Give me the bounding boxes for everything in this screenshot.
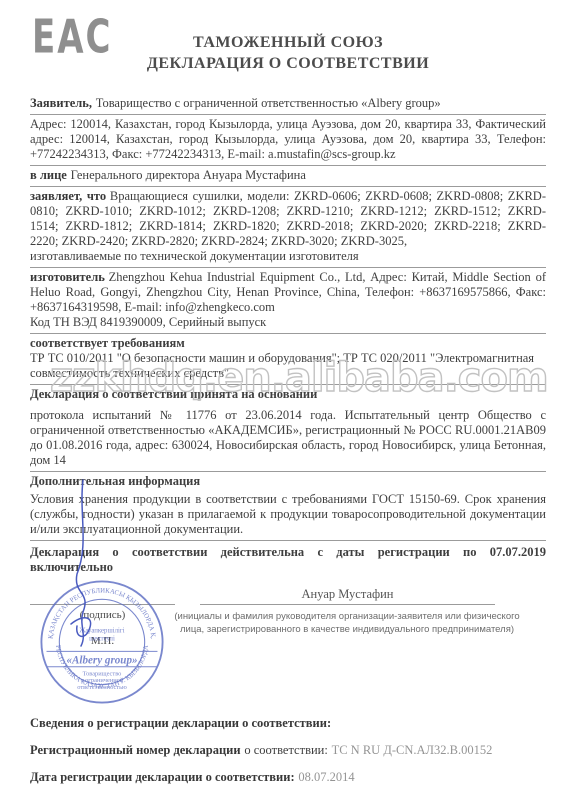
manufacturer-section: изготовительZhengzhou Kehua Industrial E… [30, 268, 546, 334]
conformity-label: соответствует требованиям [30, 336, 546, 351]
applicant-section: Заявитель,Товарищество с ограниченной от… [30, 94, 546, 115]
document-header: EAC ТАМОЖЕННЫЙ СОЮЗ ДЕКЛАРАЦИЯ О СООТВЕТ… [30, 20, 546, 94]
signatory-name: Ануар Мустафин [200, 587, 495, 602]
representative-label: в лице [30, 168, 67, 182]
registration-heading: Сведения о регистрации декларации о соот… [30, 716, 331, 730]
basis-text: протокола испытаний № 11776 от 23.06.201… [30, 408, 546, 468]
manufacturer-label: изготовитель [30, 270, 105, 284]
signature-line-right [200, 604, 495, 605]
applicant-label: Заявитель, [30, 96, 92, 110]
signature-ink-icon [65, 474, 135, 714]
applicant-address: Адрес: 120014, Казахстан, город Кызылорд… [30, 117, 546, 162]
representative-name: Генерального директора Ануара Мустафина [71, 168, 306, 182]
signatory-caption: (инициалы и фамилия руководителя организ… [172, 610, 522, 636]
registration-number-value: ТС N RU Д-CN.АЛ32.В.00152 [332, 743, 493, 757]
manufacturer-details: Zhengzhou Kehua Industrial Equipment Co.… [30, 270, 546, 314]
eac-logo-icon: EAC [32, 28, 113, 48]
product-section: заявляет, чтоВращающиеся сушилки, модели… [30, 187, 546, 268]
registration-number-label-rest: о соответствии: [244, 743, 327, 757]
signature-area: ҚАЗАҚСТАН РЕСПУБЛИКАСЫ ҚЫЗЫЛОРДА Қ. РЕСП… [30, 586, 546, 704]
registration-date-value: 08.07.2014 [298, 770, 354, 784]
applicant-name: Товарищество с ограниченной ответственно… [96, 96, 441, 110]
declaration-document: zzkhdq.en.alibaba.com EAC ТАМОЖЕННЫЙ СОЮ… [0, 0, 574, 790]
registration-date-label: Дата регистрации декларации о соответств… [30, 770, 295, 784]
applicant-address-section: Адрес: 120014, Казахстан, город Кызылорд… [30, 115, 546, 166]
alibaba-watermark: zzkhdq.en.alibaba.com [50, 355, 548, 401]
product-models: Вращающиеся сушилки, модели: ZKRD-0606; … [30, 189, 546, 248]
registration-number-label: Регистрационный номер декларации [30, 743, 241, 757]
registration-section: Сведения о регистрации декларации о соот… [30, 716, 546, 785]
representative-section: в лицеГенерального директора Ануара Муст… [30, 166, 546, 187]
product-made-note: изготавливаемые по технической документа… [30, 249, 546, 264]
declares-label: заявляет, что [30, 189, 106, 203]
tnved-code: Код ТН ВЭД 8419390009, Серийный выпуск [30, 315, 546, 330]
